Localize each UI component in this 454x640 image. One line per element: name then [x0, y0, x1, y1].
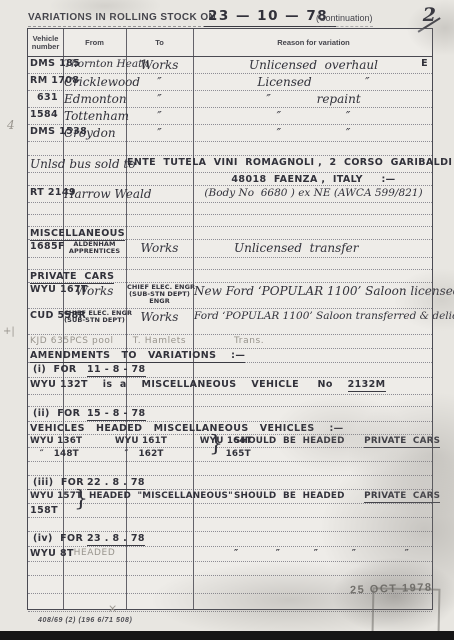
table-cell: ″	[127, 75, 192, 89]
margin-mark: +|	[3, 326, 15, 337]
table-cell: Tottenham	[64, 109, 125, 123]
table-cell: }	[74, 491, 90, 509]
table-cell: KJD 635P	[30, 336, 63, 346]
table-row: CUD 558RCHIEF ELEC. ENGR (SUB-STN DEPT)W…	[28, 309, 432, 335]
header-from: From	[63, 29, 126, 56]
table-row: DMS 185Thornton HeathWorksUnlicensed ove…	[28, 57, 432, 74]
table-cell: AMENDMENTS TO VARIATIONS :—	[30, 350, 432, 361]
table-cell: CS pool	[64, 336, 125, 346]
table-cell: RM 1708	[30, 75, 63, 86]
table-cell: WYU 132T is a MISCELLANEOUS VEHICLE No 2…	[30, 379, 432, 390]
table-row: WYU 8THEADED″ ″ ″ ″ ″ ″	[28, 547, 432, 562]
table-cell: Licensed ″	[194, 75, 433, 89]
table-row: DMS 1538Croydon″″ ″	[28, 125, 432, 142]
table-row	[28, 258, 432, 270]
table-row	[28, 215, 432, 227]
table-row	[28, 562, 432, 576]
header-reason: Reason for variation	[193, 29, 434, 56]
table-row: (i) FOR11 - 8 - 78	[28, 363, 432, 378]
table-cell: HEADED	[64, 548, 125, 558]
table-cell: ALDENHAM APPRENTICES	[64, 241, 125, 255]
continuation-label: (Continuation)	[316, 13, 373, 27]
table-cell: HEADED "MISCELLANEOUS"	[89, 491, 213, 501]
table-cell: ″	[127, 126, 192, 140]
table-cell: (iv) FOR	[33, 533, 85, 544]
table-cell: MISCELLANEOUS	[30, 228, 125, 239]
table-row: 48018 FAENZA , ITALY :—	[28, 173, 432, 186]
table-cell: 22 . 8 . 78	[87, 477, 197, 488]
table-cell: ″ repaint	[194, 92, 433, 106]
table-row: (iv) FOR23 . 8 . 78	[28, 532, 432, 547]
table-cell: Ford ‘POPULAR 1100’ Saloon transferred &…	[194, 310, 433, 322]
table-row: WYU 136T WYU 161T WYU 164T}SHOULD BE HEA…	[28, 435, 432, 448]
table-row: 1685FALDENHAM APPRENTICESWorksUnlicensed…	[28, 240, 432, 258]
table-cell: Works	[64, 284, 125, 298]
table-cell: Croydon	[64, 126, 125, 140]
table-row: PRIVATE CARS	[28, 270, 432, 283]
table-cell: 631	[30, 92, 63, 103]
table-header-row: Vehicle number From To Reason for variat…	[28, 29, 432, 57]
table-row: 631Edmonton″″ repaint	[28, 91, 432, 108]
table-row	[28, 518, 432, 532]
table-cell: 1685F	[30, 241, 63, 252]
scan-bottom-bar	[0, 631, 454, 640]
margin-mark: 4	[7, 118, 15, 132]
table-cell: CHIEF ELEC. ENGR (SUB-STN DEPT)	[64, 310, 125, 324]
table-cell: Harrow Weald	[64, 187, 125, 201]
table-cell: DMS 1538	[30, 126, 63, 137]
table-cell: SHOULD BE HEADED PRIVATE CARS	[234, 436, 432, 446]
table-cell: SHOULD BE HEADED PRIVATE CARS	[234, 491, 432, 501]
table-cell: 1584	[30, 109, 63, 120]
table-cell: WYU 167T	[30, 284, 63, 295]
table-row: WYU 157T}HEADED "MISCELLANEOUS"SHOULD BE…	[28, 490, 432, 504]
table-cell: WYU 8T	[30, 548, 63, 559]
table-cell: ″ ″	[194, 109, 433, 123]
table-row: RT 2149Harrow Weald(Body No 6680 ) ex NE…	[28, 186, 432, 203]
table-cell: (ii) FOR	[33, 408, 85, 419]
table-cell: CHIEF ELEC. ENGR (SUB-STN DEPT) ENGR	[127, 284, 192, 305]
table-cell: PRIVATE CARS	[30, 271, 125, 282]
table-row	[28, 142, 432, 156]
table-row	[28, 395, 432, 407]
table-row: ″ 148T ″ 162T 165T	[28, 448, 432, 462]
table-cell: }	[209, 436, 225, 454]
table-cell: (i) FOR	[33, 364, 85, 375]
table-cell: T. Hamlets	[127, 336, 192, 346]
table-cell: Trans.	[194, 336, 454, 346]
table-cell: 158T	[30, 505, 63, 516]
table-cell: RT 2149	[30, 187, 63, 198]
table-row: WYU 167TWorksCHIEF ELEC. ENGR (SUB-STN D…	[28, 283, 432, 309]
table-cell: ENTE TUTELA VINI ROMAGNOLI , 2 CORSO GAR…	[127, 157, 433, 168]
rolling-stock-table: Vehicle number From To Reason for variat…	[27, 28, 433, 610]
table-cell: ″ 148T ″ 162T 165T	[30, 449, 432, 459]
table-cell: WYU 157T	[30, 491, 63, 501]
table-cell: Unlsd bus sold to	[30, 157, 125, 171]
page-title: VARIATIONS IN ROLLING STOCK ON	[28, 12, 216, 27]
table-cell: ″ ″	[194, 126, 433, 140]
scanned-document-page: VARIATIONS IN ROLLING STOCK ON 23 — 10 —…	[0, 0, 454, 640]
table-row: KJD 635PCS poolT. HamletsTrans.	[28, 335, 432, 349]
table-cell: Works	[127, 241, 192, 255]
table-cell: 11 - 8 - 78	[87, 364, 197, 375]
table-cell: ″ ″ ″ ″ ″ ″	[194, 548, 454, 559]
header-to: To	[126, 29, 193, 56]
table-row: VEHICLES HEADED MISCELLANEOUS VEHICLES :…	[28, 422, 432, 435]
table-cell: 48018 FAENZA , ITALY :—	[194, 174, 433, 185]
table-cell: VEHICLES HEADED MISCELLANEOUS VEHICLES :…	[30, 423, 432, 434]
table-row: WYU 132T is a MISCELLANEOUS VEHICLE No 2…	[28, 378, 432, 395]
table-row	[28, 203, 432, 215]
table-row: AMENDMENTS TO VARIATIONS :—	[28, 349, 432, 363]
footer-reference: 408/69 (2) (196 6/71 508)	[38, 617, 132, 624]
table-row: 1584Tottenham″″ ″	[28, 108, 432, 125]
table-body: DMS 185Thornton HeathWorksUnlicensed ove…	[28, 57, 432, 612]
table-cell: CUD 558R	[30, 310, 63, 321]
table-cell: Works	[127, 310, 192, 324]
table-cell: DMS 185	[30, 58, 63, 69]
table-cell: ″	[127, 92, 192, 106]
table-cell: Works	[127, 58, 192, 72]
table-row: RM 1708Cricklewood″Licensed ″	[28, 74, 432, 91]
table-row	[28, 462, 432, 476]
table-cell: 15 - 8 - 78	[87, 408, 197, 419]
table-cell: E	[194, 58, 433, 69]
table-row: Unlsd bus sold toENTE TUTELA VINI ROMAGN…	[28, 156, 432, 173]
table-row: MISCELLANEOUS	[28, 227, 432, 240]
table-cell: 23 . 8 . 78	[87, 533, 197, 544]
table-cell: New Ford ‘POPULAR 1100’ Saloon licensed	[194, 284, 433, 298]
table-row: (iii) FOR22 . 8 . 78	[28, 476, 432, 490]
table-cell: ″	[127, 109, 192, 123]
table-cell: Thornton Heath	[64, 58, 125, 70]
table-cell: Cricklewood	[64, 75, 125, 89]
table-cell: Edmonton	[64, 92, 125, 106]
table-row: (ii) FOR15 - 8 - 78	[28, 407, 432, 422]
table-cell: (Body No 6680 ) ex NE (AWCA 599/821)	[194, 187, 433, 199]
table-cell: Unlicensed transfer	[194, 241, 454, 255]
header-vehicle-number: Vehicle number	[28, 29, 63, 56]
